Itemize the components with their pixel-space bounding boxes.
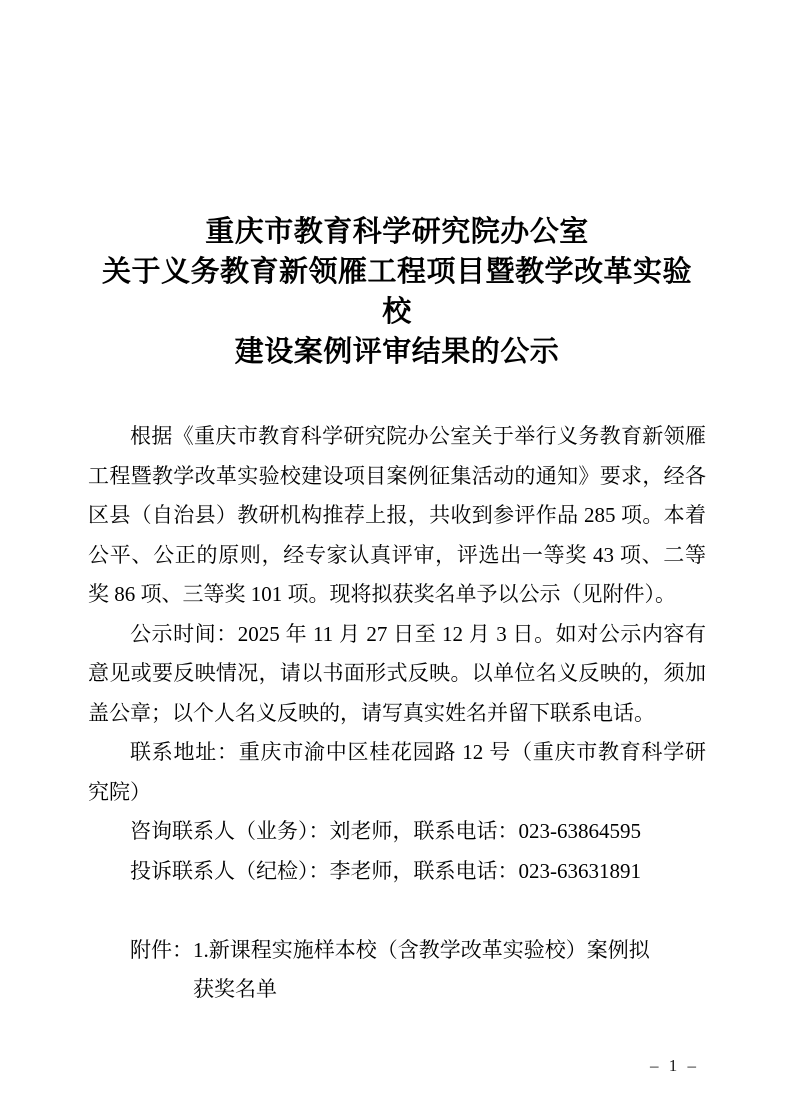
paragraph-publicity-period: 公示时间：2025 年 11 月 27 日至 12 月 3 日。如对公示内容有意… [88,615,706,734]
title-line-2: 关于义务教育新领雁工程项目暨教学改革实验校 [88,252,706,332]
attachment-line-1: 附件：1.新课程实施样本校（含教学改革实验校）案例拟 [130,938,650,962]
attachment-note: 附件：1.新课程实施样本校（含教学改革实验校）案例拟 获奖名单 [88,931,706,1010]
document-title: 重庆市教育科学研究院办公室 关于义务教育新领雁工程项目暨教学改革实验校 建设案例… [88,0,706,372]
paragraph-complaint-contact: 投诉联系人（纪检）：李老师，联系电话：023-63631891 [88,852,706,892]
paragraph-contact-address: 联系地址：重庆市渝中区桂花园路 12 号（重庆市教育科学研究院） [88,733,706,812]
title-line-3: 建设案例评审结果的公示 [88,332,706,372]
paragraph-inquiry-contact: 咨询联系人（业务）：刘老师，联系电话：023-63864595 [88,812,706,852]
attachment-line-2: 获奖名单 [193,977,277,1001]
title-line-1: 重庆市教育科学研究院办公室 [88,212,706,252]
document-content: 重庆市教育科学研究院办公室 关于义务教育新领雁工程项目暨教学改革实验校 建设案例… [88,0,706,1010]
paragraph-review-result: 根据《重庆市教育科学研究院办公室关于举行义务教育新领雁工程暨教学改革实验校建设项… [88,417,706,615]
document-body: 根据《重庆市教育科学研究院办公室关于举行义务教育新领雁工程暨教学改革实验校建设项… [88,417,706,1010]
document-page: 重庆市教育科学研究院办公室 关于义务教育新领雁工程项目暨教学改革实验校 建设案例… [0,0,794,1108]
page-number: – 1 – [627,1055,719,1077]
